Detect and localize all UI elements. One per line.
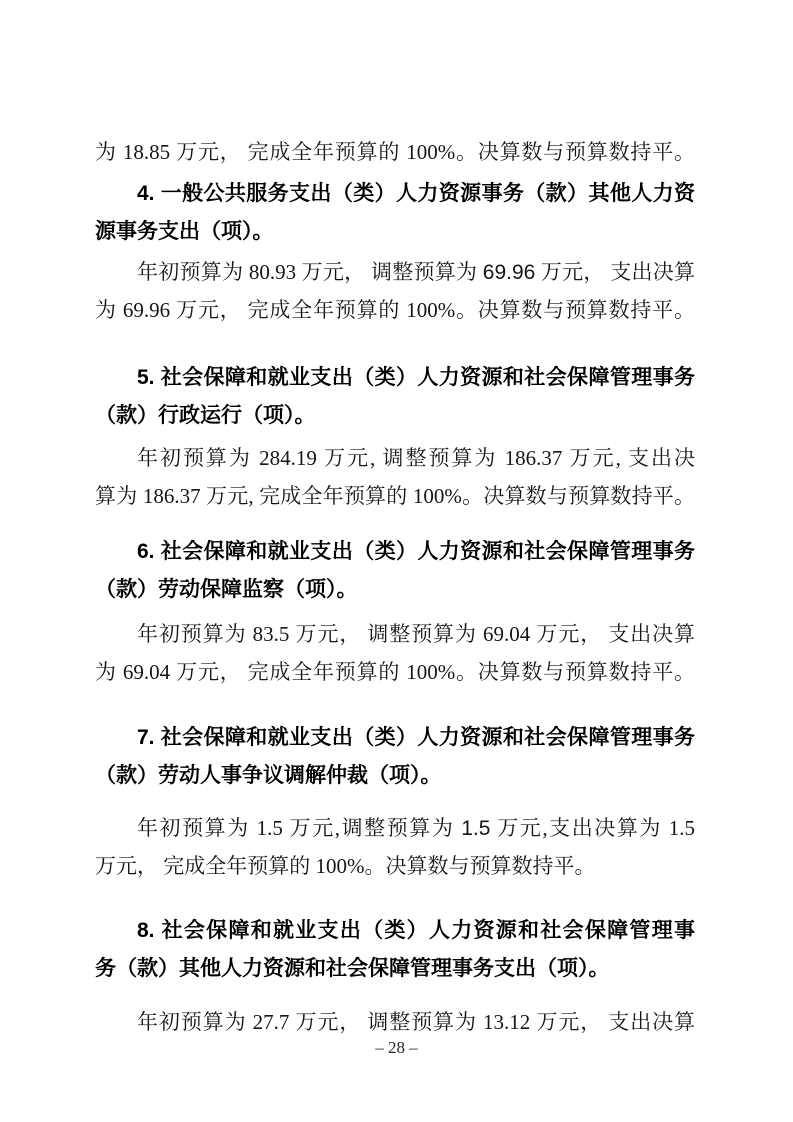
text-run: 务（款）其他人力资源和社会保障管理事务支出（项）。 bbox=[95, 957, 610, 980]
body-paragraph: 为 18.85 万元， 完成全年预算的 100%。决算数与预算数持平。 bbox=[95, 133, 695, 171]
document-page: 为 18.85 万元， 完成全年预算的 100%。决算数与预算数持平。4. 一般… bbox=[0, 0, 793, 1122]
text-line: 年初预算为 1.5 万元,调整预算为 1.5 万元,支出决算为 1.5 bbox=[95, 809, 695, 847]
text-line: 算为 186.37 万元, 完成全年预算的 100%。决算数与预算数持平。 bbox=[95, 477, 695, 515]
body-paragraph: 年初预算为 27.7 万元， 调整预算为 13.12 万元， 支出决算 bbox=[95, 1003, 695, 1041]
text-run: 年初预算为 83.5 万元， 调整预算为 69.04 万元， 支出决算 bbox=[137, 622, 695, 646]
text-run: （款）劳动人事争议调解仲裁（项）。 bbox=[95, 764, 442, 787]
page-number: – 28 – bbox=[0, 1037, 793, 1059]
body-paragraph: 年初预算为 1.5 万元,调整预算为 1.5 万元,支出决算为 1.5万元， 完… bbox=[95, 809, 695, 885]
text-run: 为 69.04 万元， 完成全年预算的 100%。决算数与预算数持平。 bbox=[95, 660, 695, 684]
heading-paragraph: 5. 社会保障和就业支出（类）人力资源和社会保障管理事务（款）行政运行（项）。 bbox=[95, 359, 695, 435]
text-line: 7. 社会保障和就业支出（类）人力资源和社会保障管理事务 bbox=[95, 719, 695, 757]
text-line: 源事务支出（项）。 bbox=[95, 213, 695, 251]
text-run: 年初预算为 80.93 万元， 调整预算为 bbox=[137, 260, 483, 284]
text-line: 为 18.85 万元， 完成全年预算的 100%。决算数与预算数持平。 bbox=[95, 133, 695, 171]
text-run: 万元,支出决算为 1.5 bbox=[490, 816, 695, 840]
text-line: 4. 一般公共服务支出（类）人力资源事务（款）其他人力资 bbox=[95, 175, 695, 213]
heading-paragraph: 7. 社会保障和就业支出（类）人力资源和社会保障管理事务（款）劳动人事争议调解仲… bbox=[95, 719, 695, 795]
body-paragraph: 年初预算为 284.19 万元, 调整预算为 186.37 万元, 支出决算为 … bbox=[95, 439, 695, 515]
text-line: 为 69.96 万元， 完成全年预算的 100%。决算数与预算数持平。 bbox=[95, 291, 695, 329]
sans-number-run: 69.96 bbox=[483, 261, 536, 284]
text-line: 年初预算为 27.7 万元， 调整预算为 13.12 万元， 支出决算 bbox=[95, 1003, 695, 1041]
text-run: 6. 社会保障和就业支出（类）人力资源和社会保障管理事务 bbox=[137, 540, 695, 563]
heading-paragraph: 4. 一般公共服务支出（类）人力资源事务（款）其他人力资源事务支出（项）。 bbox=[95, 175, 695, 251]
text-line: 5. 社会保障和就业支出（类）人力资源和社会保障管理事务 bbox=[95, 359, 695, 397]
text-run: 算为 186.37 万元, 完成全年预算的 100%。决算数与预算数持平。 bbox=[95, 484, 695, 508]
heading-paragraph: 6. 社会保障和就业支出（类）人力资源和社会保障管理事务（款）劳动保障监察（项）… bbox=[95, 533, 695, 609]
text-line: 为 69.04 万元， 完成全年预算的 100%。决算数与预算数持平。 bbox=[95, 653, 695, 691]
text-line: 8. 社会保障和就业支出（类）人力资源和社会保障管理事 bbox=[95, 912, 695, 950]
heading-paragraph: 8. 社会保障和就业支出（类）人力资源和社会保障管理事务（款）其他人力资源和社会… bbox=[95, 912, 695, 988]
text-run: 5. 社会保障和就业支出（类）人力资源和社会保障管理事务 bbox=[137, 366, 695, 389]
text-line: （款）行政运行（项）。 bbox=[95, 397, 695, 435]
text-run: 年初预算为 284.19 万元, 调整预算为 186.37 万元, 支出决 bbox=[137, 446, 695, 470]
text-run: （款）劳动保障监察（项）。 bbox=[95, 578, 358, 601]
text-run: 为 69.96 万元， 完成全年预算的 100%。决算数与预算数持平。 bbox=[95, 298, 695, 322]
body-paragraph: 年初预算为 83.5 万元， 调整预算为 69.04 万元， 支出决算为 69.… bbox=[95, 615, 695, 691]
text-run: 源事务支出（项）。 bbox=[95, 220, 274, 243]
text-run: 4. 一般公共服务支出（类）人力资源事务（款）其他人力资 bbox=[137, 182, 695, 205]
text-run: 7. 社会保障和就业支出（类）人力资源和社会保障管理事务 bbox=[137, 726, 695, 749]
text-run: 万元， 完成全年预算的 100%。决算数与预算数持平。 bbox=[95, 854, 596, 878]
text-line: 年初预算为 284.19 万元, 调整预算为 186.37 万元, 支出决 bbox=[95, 439, 695, 477]
text-line: 年初预算为 80.93 万元， 调整预算为 69.96 万元， 支出决算 bbox=[95, 253, 695, 291]
text-line: 6. 社会保障和就业支出（类）人力资源和社会保障管理事务 bbox=[95, 533, 695, 571]
text-run: 年初预算为 1.5 万元,调整预算为 bbox=[137, 816, 461, 840]
text-line: 务（款）其他人力资源和社会保障管理事务支出（项）。 bbox=[95, 950, 695, 988]
document-body: 为 18.85 万元， 完成全年预算的 100%。决算数与预算数持平。4. 一般… bbox=[95, 133, 695, 1041]
text-run: 8. 社会保障和就业支出（类）人力资源和社会保障管理事 bbox=[137, 919, 695, 942]
text-line: （款）劳动保障监察（项）。 bbox=[95, 571, 695, 609]
body-paragraph: 年初预算为 80.93 万元， 调整预算为 69.96 万元， 支出决算为 69… bbox=[95, 253, 695, 329]
text-run: （款）行政运行（项）。 bbox=[95, 404, 316, 427]
text-line: 年初预算为 83.5 万元， 调整预算为 69.04 万元， 支出决算 bbox=[95, 615, 695, 653]
text-run: 万元， 支出决算 bbox=[535, 260, 695, 284]
text-line: 万元， 完成全年预算的 100%。决算数与预算数持平。 bbox=[95, 847, 695, 885]
sans-number-run: 1.5 bbox=[461, 817, 490, 840]
text-line: （款）劳动人事争议调解仲裁（项）。 bbox=[95, 757, 695, 795]
text-run: 年初预算为 27.7 万元， 调整预算为 13.12 万元， 支出决算 bbox=[137, 1010, 695, 1034]
text-run: 为 18.85 万元， 完成全年预算的 100%。决算数与预算数持平。 bbox=[95, 140, 695, 164]
